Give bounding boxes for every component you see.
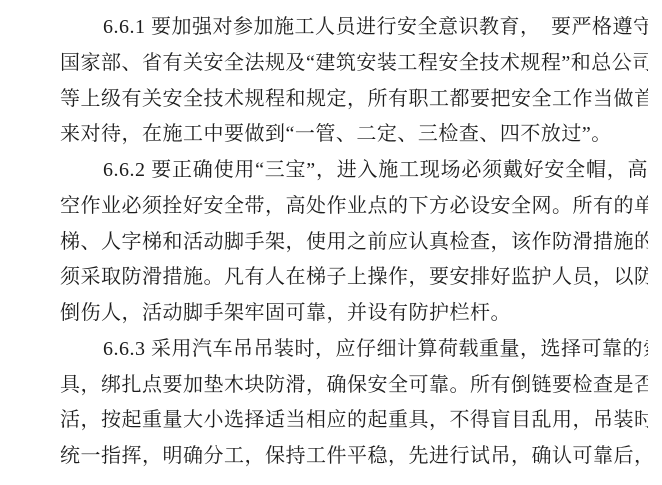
document-page: 6.6.1 要加强对参加施工人员进行安全意识教育， 要严格遵守 国家部、省有关安…: [0, 0, 662, 485]
text-line: 国家部、省有关安全法规及“建筑安装工程安全技术规程”和总公司: [60, 46, 648, 82]
text-line: 6.6.3 采用汽车吊吊装时，应仔细计算荷载重量，选择可靠的索: [60, 332, 648, 368]
text-line: 活，按起重量大小选择适当相应的起重具，不得盲目乱用，吊装时应: [60, 403, 648, 439]
paragraph-6-6-3: 6.6.3 采用汽车吊吊装时，应仔细计算荷载重量，选择可靠的索 具，绑扎点要加垫…: [60, 332, 648, 475]
text-line: 空作业必须拴好安全带，高处作业点的下方必设安全网。所有的单人: [60, 189, 648, 225]
text-line: 6.6.1 要加强对参加施工人员进行安全意识教育， 要严格遵守: [60, 10, 648, 46]
text-line: 倒伤人，活动脚手架牢固可靠，并设有防护栏杆。: [60, 296, 648, 332]
text-line: 等上级有关安全技术规程和规定，所有职工都要把安全工作当做首位: [60, 82, 648, 118]
text-line: 梯、人字梯和活动脚手架，使用之前应认真检查，该作防滑措施的必: [60, 225, 648, 261]
paragraph-6-6-1: 6.6.1 要加强对参加施工人员进行安全意识教育， 要严格遵守 国家部、省有关安…: [60, 10, 648, 153]
text-line: 6.6.2 要正确使用“三宝”，进入施工现场必须戴好安全帽，高: [60, 153, 648, 189]
paragraph-6-6-2: 6.6.2 要正确使用“三宝”，进入施工现场必须戴好安全帽，高 空作业必须拴好安…: [60, 153, 648, 332]
text-line: 来对待，在施工中要做到“一管、二定、三检查、四不放过”。: [60, 117, 648, 153]
text-line: 统一指挥，明确分工，保持工件平稳，先进行试吊，确认可靠后，方: [60, 439, 648, 475]
text-line: 具，绑扎点要加垫木块防滑，确保安全可靠。所有倒链要检查是否灵: [60, 368, 648, 404]
text-line: 须采取防滑措施。凡有人在梯子上操作，要安排好监护人员，以防滑: [60, 260, 648, 296]
